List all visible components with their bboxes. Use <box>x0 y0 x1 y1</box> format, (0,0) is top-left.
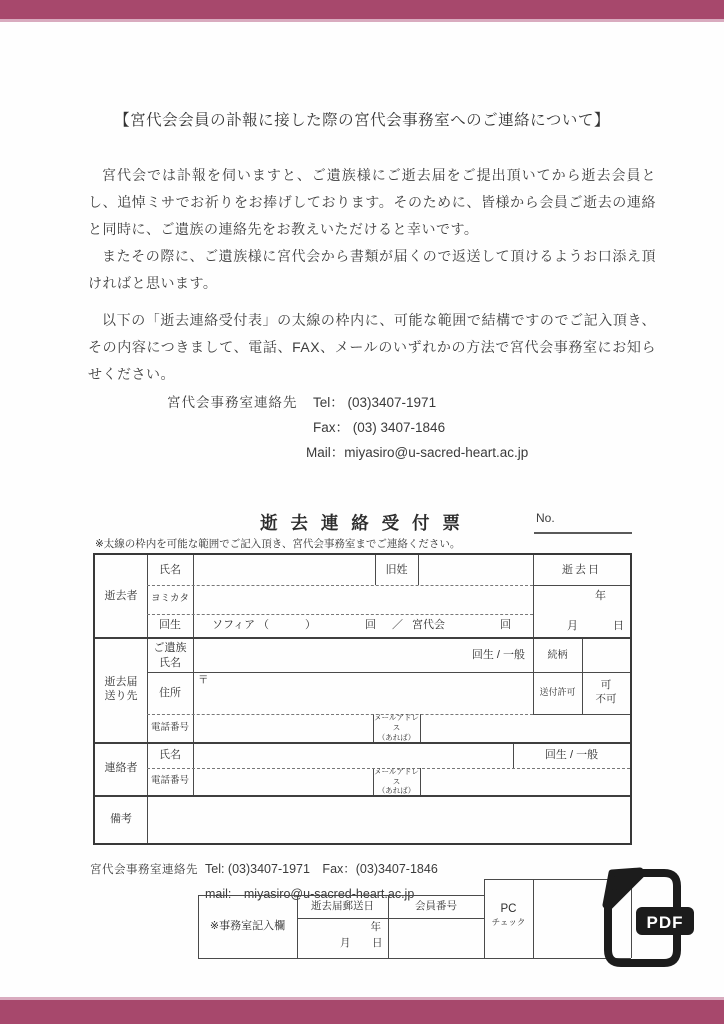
section-label-contact-person: 連絡者 <box>95 758 147 778</box>
recipient-mail-input[interactable] <box>420 714 630 742</box>
contact-class-general-label: 回生 / 一般 <box>513 742 630 768</box>
top-band <box>0 0 724 19</box>
field-label-reading: ヨミカタ <box>147 585 193 614</box>
office-month-label: 月 <box>340 936 351 952</box>
office-contact-fax: Fax： (03) 3407-1846 <box>313 416 445 436</box>
permission-ng-label: 不可 <box>596 693 617 707</box>
paragraph-2: またその際に、ご遺族様に宮代会から書類が届くので返送して頂けるようお口添え頂けれ… <box>88 243 656 297</box>
intro-paragraphs: 宮代会では訃報を伺いますと、ご遺族様にご逝去届をご提出頂いてから逝去会員とし、追… <box>88 162 656 297</box>
field-label-family-name: ご遺族 氏名 <box>147 639 193 672</box>
office-pc-label: PC <box>501 902 517 917</box>
form-no-label: No. <box>536 511 555 525</box>
footer-contact-label: 宮代会事務室連絡先 <box>90 861 198 877</box>
scanned-document-page: 【宮代会会員の訃報に接した際の宮代会事務室へのご連絡について】 宮代会では訃報を… <box>0 0 724 1024</box>
section-label-recipient: 逝去届 送り先 <box>95 667 147 711</box>
class-slash: ／ <box>392 616 403 634</box>
section-label-recipient-line1: 逝去届 <box>105 675 138 689</box>
contact-name-input[interactable] <box>193 742 513 768</box>
office-member-no-header: 会員番号 <box>388 895 484 918</box>
field-label-recipient-phone: 電話番号 <box>147 714 193 742</box>
office-contact-tel: Tel： (03)3407-1971 <box>313 391 436 411</box>
field-label-family-line1: ご遺族 <box>154 641 187 655</box>
contact-phone-input[interactable] <box>193 768 373 795</box>
section-label-deceased: 逝去者 <box>95 586 147 606</box>
class-kai-label: 回 <box>365 616 376 634</box>
office-member-no-input[interactable] <box>388 918 484 958</box>
office-check-label: チェック <box>492 917 526 928</box>
instruction-paragraph: 以下の「逝去連絡受付表」の太線の枠内に、可能な範囲で結構ですのでご記入頂き、その… <box>88 307 656 388</box>
field-label-contact-phone: 電話番号 <box>147 768 193 795</box>
maiden-name-input[interactable] <box>418 555 533 585</box>
office-day-label: 日 <box>372 936 383 952</box>
field-label-relation: 続柄 <box>533 639 582 672</box>
contact-mail-label-line1: メールアドレス <box>373 767 420 787</box>
field-label-send-permission: 送付許可 <box>533 672 582 714</box>
field-label-address: 住所 <box>147 672 193 714</box>
deceased-name-input[interactable] <box>193 555 375 585</box>
document-title: 【宮代会会員の訃報に接した際の宮代会事務室へのご連絡について】 <box>0 108 724 130</box>
class-kai2-label: 回 <box>500 616 511 634</box>
permission-ok-label: 可 <box>601 679 612 693</box>
paragraph-1: 宮代会では訃報を伺いますと、ご遺族様にご逝去届をご提出頂いてから逝去会員とし、追… <box>88 162 656 243</box>
top-band-accent <box>0 19 724 22</box>
death-date-year-label: 年 <box>533 586 630 606</box>
field-label-family-line2: 氏名 <box>159 656 181 670</box>
pdf-file-icon[interactable]: PDF <box>588 860 700 974</box>
office-year-label: 年 <box>297 920 381 936</box>
section-label-recipient-line2: 送り先 <box>105 689 138 703</box>
field-label-contact-name: 氏名 <box>147 742 193 768</box>
field-label-name: 氏名 <box>147 555 193 585</box>
address-input[interactable] <box>193 672 533 714</box>
field-label-remarks: 備考 <box>95 795 147 843</box>
office-note-label: ※事務室記入欄 <box>198 895 297 958</box>
field-label-maiden-name: 旧姓 <box>375 555 418 585</box>
relation-input[interactable] <box>582 639 630 672</box>
office-mail-date-header: 逝去届郵送日 <box>297 895 388 918</box>
paragraph-3: 以下の「逝去連絡受付表」の太線の枠内に、可能な範囲で結構ですのでご記入頂き、その… <box>88 307 656 388</box>
form-no-underline <box>534 532 632 534</box>
reading-input[interactable] <box>193 585 533 614</box>
office-pc-check-label: PC チェック <box>484 893 533 937</box>
class-sophia-label: ソフィア <box>212 616 255 634</box>
class-paren-close: ） <box>305 616 316 634</box>
permission-ok-ng[interactable]: 可 不可 <box>582 672 630 714</box>
remarks-input[interactable] <box>147 795 630 843</box>
field-label-contact-mail: メールアドレス （あれば） <box>373 768 420 795</box>
contact-mail-input[interactable] <box>420 768 630 795</box>
field-label-recipient-mail: メールアドレス （あれば） <box>373 714 420 742</box>
death-date-day-label: 日 <box>613 617 624 635</box>
form-note: ※太線の枠内を可能な範囲でご記入頂き、宮代会事務室までご連絡ください。 <box>95 536 460 551</box>
death-notice-table: 逝去者 氏名 旧姓 逝去日 ヨミカタ 年 回生 ソフィア （ ） 回 ／ 宮代会… <box>93 553 632 845</box>
recipient-mail-label-line1: メールアドレス <box>373 713 420 733</box>
pdf-label-text: PDF <box>647 913 684 932</box>
death-date-month-label: 月 <box>567 617 578 635</box>
office-contact-mail: Mail：miyasiro@u-sacred-heart.ac.jp <box>306 441 528 461</box>
footer-contact-line1: Tel: (03)3407-1971 Fax：(03)3407-1846 <box>205 859 438 877</box>
office-contact-label: 宮代会事務室連絡先 <box>167 391 298 411</box>
table-line <box>198 958 631 959</box>
class-miyashirokai-label: 宮代会 <box>412 616 445 634</box>
family-class-general-label: 回生 / 一般 <box>193 639 533 672</box>
table-line-dashed <box>147 614 533 615</box>
field-label-death-date: 逝去日 <box>533 555 630 585</box>
class-paren-open: （ <box>258 616 269 634</box>
field-label-class: 回生 <box>147 614 193 637</box>
recipient-phone-input[interactable] <box>193 714 373 742</box>
bottom-band <box>0 1000 724 1024</box>
pdf-folded-corner <box>606 871 640 905</box>
